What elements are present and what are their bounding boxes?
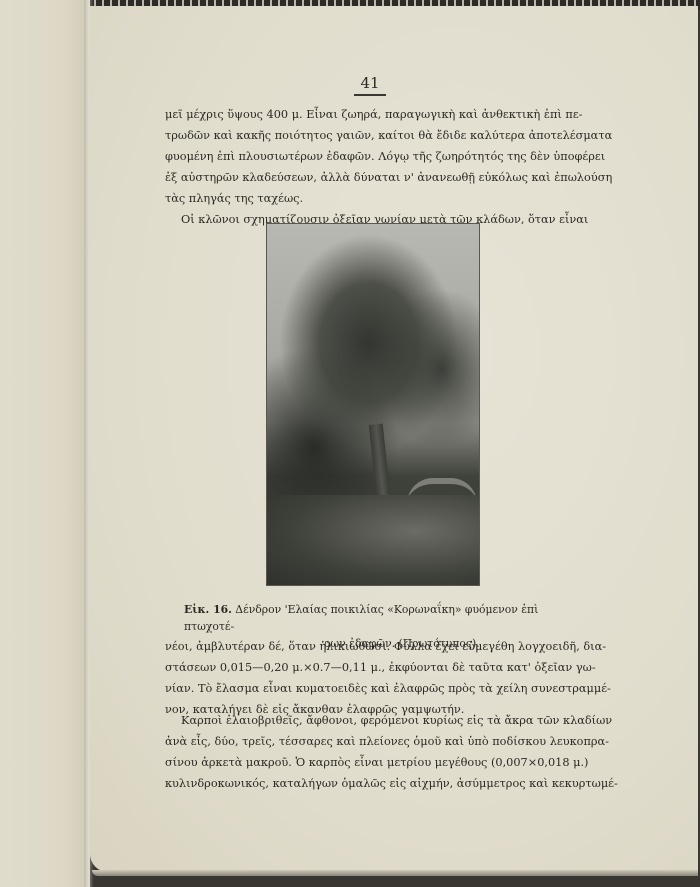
text-line: ἐξ αὐστηρῶν κλαδεύσεων, ἀλλὰ δύναται ν' … — [165, 167, 577, 188]
text-line: φυομένη ἐπὶ πλουσιωτέρων ἐδαφῶν. Λόγῳ τῆ… — [165, 146, 577, 167]
olive-tree-photo — [266, 223, 480, 586]
page-number: 41 — [354, 74, 386, 92]
ground-foliage — [267, 495, 479, 585]
text-line: στάσεων 0,015—0,20 μ.×0.7—0,11 μ., ἐκφύο… — [165, 657, 577, 678]
page-number-underline — [354, 94, 386, 96]
text-line: σίνου ἀρκετὰ μακροῦ. Ὁ καρπὸς εἶναι μετρ… — [165, 752, 577, 773]
page-bottom-edge — [92, 870, 698, 876]
caption-text-1: Δένδρον 'Ελαίας ποικιλίας «Κορωναΐκη» φυ… — [184, 603, 538, 633]
text-line: νέοι, ἀμβλυτέραν δέ, ὅταν ἡλικιωθῶσι. Φύ… — [165, 636, 577, 657]
text-line: τρωδῶν καὶ κακῆς ποιότητος γαιῶν, καίτοι… — [165, 125, 577, 146]
text-line: τὰς πληγάς της ταχέως. — [165, 188, 577, 209]
text-line: Καρποὶ ἐλαιοβριθεῖς, ἄφθονοι, φερόμενοι … — [165, 710, 577, 731]
figure-label: Εἰκ. 16. — [184, 603, 232, 616]
text-line: νίαν. Τὸ ἔλασμα εἶναι κυματοειδὲς καὶ ἐλ… — [165, 678, 577, 699]
paragraph-top: μεῖ μέχρις ὕψους 400 μ. Εἶναι ζωηρά, παρ… — [165, 104, 577, 230]
text-line: κυλινδροκωνικός, καταλήγων ὁμαλῶς εἰς αἰ… — [165, 773, 577, 794]
text-line: ἀνὰ εἷς, δύο, τρεῖς, τέσσαρες καὶ πλείον… — [165, 731, 577, 752]
paragraph-fruit: Καρποὶ ἐλαιοβριθεῖς, ἄφθονοι, φερόμενοι … — [165, 710, 577, 794]
text-line: μεῖ μέχρις ὕψους 400 μ. Εἶναι ζωηρά, παρ… — [165, 104, 577, 125]
left-page — [0, 0, 90, 887]
paragraph-leaves: νέοι, ἀμβλυτέραν δέ, ὅταν ἡλικιωθῶσι. Φύ… — [165, 636, 577, 720]
